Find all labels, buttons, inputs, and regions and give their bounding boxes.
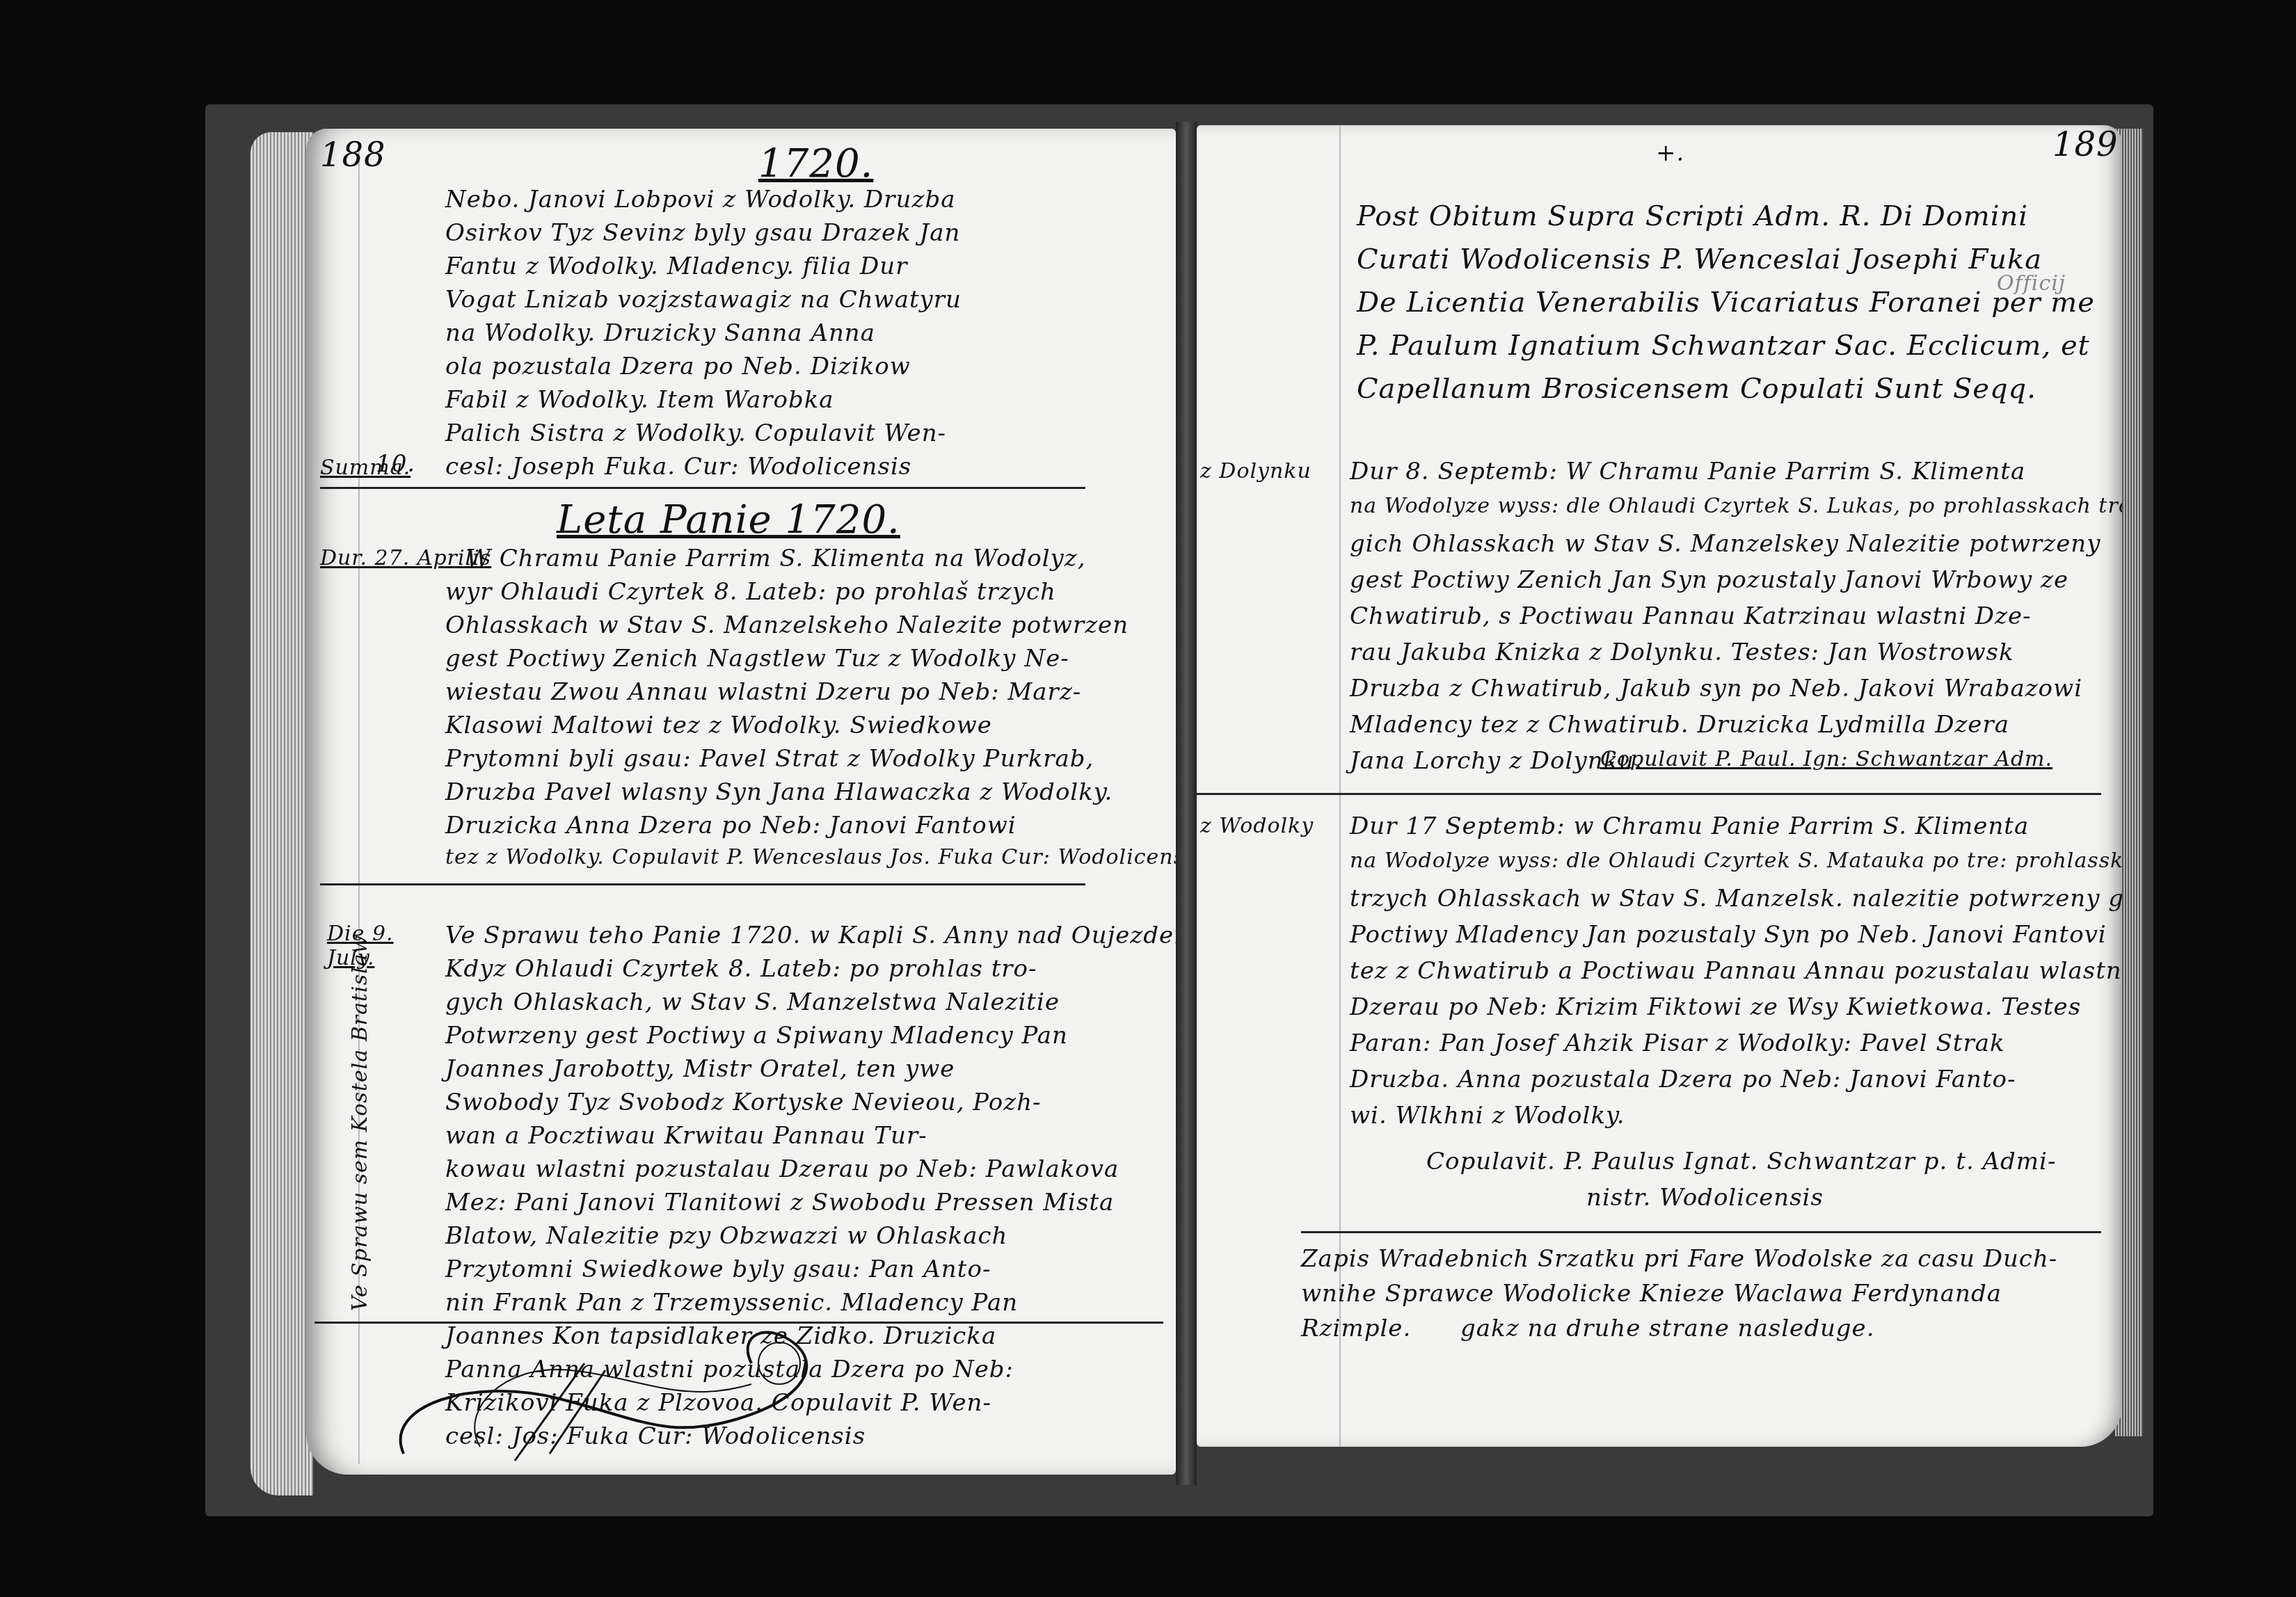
text-line: Mez: Pani Janovi Tlanitowi z Swobodu Pre… [445,1189,1114,1217]
text-line: Ohlasskach w Stav S. Manzelskeho Nalezit… [445,611,1129,639]
right-page: 189 +. Post Obitum Supra Scripti Adm. R.… [1197,125,2122,1447]
section-heading: Leta Panie 1720. [557,497,900,543]
text-line: na Wodolyze wyss: dle Ohlaudi Czyrtek S.… [1350,849,2122,873]
text-line: Fabil z Wodolky. Item Warobka [445,386,834,414]
page-number: 189 [2052,125,2119,164]
text-line: W Chramu Panie Parrim S. Klimenta na Wod… [466,545,1085,572]
left-page: 188 1720. Nebo. Janovi Lobpovi z Wodolky… [306,129,1176,1475]
text-line: Mladency tez z Chwatirub. Druzicka Lydmi… [1350,711,2009,739]
divider [1301,1231,2101,1233]
text-line: Kdyz Ohlaudi Czyrtek 8. Lateb: po prohla… [445,955,1037,983]
text-line: Curati Wodolicensis P. Wenceslai Josephi… [1357,243,2042,275]
text-line: Potwrzeny gest Poctiwy a Spiwany Mladenc… [445,1022,1068,1050]
text-line: Fantu z Wodolky. Mladency. filia Dur [445,252,907,280]
text-line: Druzicka Anna Dzera po Neb: Janovi Fanto… [445,812,1017,840]
text-line: cesl: Joseph Fuka. Cur: Wodolicensis [445,453,911,481]
entry-place: z Wodolky [1200,814,1314,838]
text-line: Druzba. Anna pozustala Dzera po Neb: Jan… [1350,1066,2016,1093]
text-line: De Licentia Venerabilis Vicariatus Foran… [1357,287,2095,319]
text-line: Palich Sistra z Wodolky. Copulavit Wen- [445,419,946,447]
text-line: Osirkov Tyz Sevinz byly gsau Drazek Jan [445,219,960,247]
text-line: Ve Sprawu teho Panie 1720. w Kapli S. An… [445,922,1176,949]
text-line: na Wodolyze wyss: dle Ohlaudi Czyrtek S.… [1350,494,2122,518]
text-line: Swobody Tyz Svobodz Kortyske Nevieou, Po… [445,1089,1042,1116]
text-line: Rzimple. gakz na druhe strane nasleduge. [1301,1315,1875,1342]
text-line: P. Paulum Ignatium Schwantzar Sac. Eccli… [1357,330,2090,362]
entry-place: z Dolynku [1200,459,1312,483]
signature: Copulavit. P. Paulus Ignat. Schwantzar p… [1426,1148,2056,1175]
text-line: wnihe Sprawce Wodolicke Knieze Waclawa F… [1301,1280,2002,1308]
book-gutter [1176,122,1197,1485]
text-line: gest Poctiwy Zenich Nagstlew Tuz z Wodol… [445,645,1069,673]
text-line: Joannes Jarobotty, Mistr Oratel, ten ywe [445,1055,955,1083]
text-line: Dzerau po Neb: Krizim Fiktowi ze Wsy Kwi… [1350,993,2081,1021]
page-number: 188 [320,136,386,175]
book-edge-left [250,132,313,1495]
text-line: Przytomni Swiedkowe byly gsau: Pan Anto- [445,1255,991,1283]
signature: nistr. Wodolicensis [1586,1184,1824,1212]
text-line: Paran: Pan Josef Ahzik Pisar z Wodolky: … [1350,1029,2005,1057]
year-heading: 1720. [758,141,873,186]
text-line: ola pozustala Dzera po Neb. Dizikow [445,353,911,380]
text-line: Chwatirub, s Poctiwau Pannau Katrzinau w… [1350,602,2032,630]
text-line: Capellanum Brosicensem Copulati Sunt Seq… [1357,373,2036,405]
text-line: Dur 8. Septemb: W Chramu Panie Parrim S.… [1350,458,2025,485]
text-line: Druzba Pavel wlasny Syn Jana Hlawaczka z… [445,778,1113,806]
text-line: Jana Lorchy z Dolynku. [1350,747,1643,775]
text-line: wan a Pocztiwau Krwitau Pannau Tur- [445,1122,927,1150]
signature: Copulavit P. Paul. Ign: Schwantzar Adm. [1600,747,2052,771]
text-line: Nebo. Janovi Lobpovi z Wodolky. Druzba [445,186,955,214]
text-line: rau Jakuba Knizka z Dolynku. Testes: Jan… [1350,639,2014,666]
text-line: wiestau Zwou Annau wlastni Dzeru po Neb:… [445,678,1081,706]
text-line: Prytomni byli gsau: Pavel Strat z Wodolk… [445,745,1094,773]
side-margin-note: Ve Sprawu sem Kostela Bratislaw [348,935,372,1311]
text-line: na Wodolky. Druzicky Sanna Anna [445,319,875,347]
text-line: Poctiwy Mladency Jan pozustaly Syn po Ne… [1350,921,2107,949]
text-line: Dur 17 Septemb: w Chramu Panie Parrim S.… [1350,812,2029,840]
text-line: gich Ohlasskach w Stav S. Manzelskey Nal… [1350,530,2100,558]
divider [320,487,1085,489]
text-line: Zapis Wradebnich Srzatku pri Fare Wodols… [1301,1245,2057,1273]
divider [1197,793,2101,795]
text-line: gych Ohlaskach, w Stav S. Manzelstwa Nal… [445,988,1060,1016]
entry-date: Die 9. July. [327,922,424,970]
text-line: Klasowi Maltowi tez z Wodolky. Swiedkowe [445,712,992,739]
top-mark: +. [1656,139,1684,167]
text-line: Vogat Lnizab vozjzstawagiz na Chwatyru [445,286,962,314]
text-line: Post Obitum Supra Scripti Adm. R. Di Dom… [1357,200,2028,232]
divider [320,883,1085,885]
text-line: Blatow, Nalezitie pzy Obzwazzi w Ohlaska… [445,1222,1007,1250]
text-line: wi. Wlkhni z Wodolky. [1350,1102,1625,1130]
text-line: tez z Chwatirub a Poctiwau Pannau Annau … [1350,957,2122,985]
text-line: Druzba z Chwatirub, Jakub syn po Neb. Ja… [1350,675,2082,703]
text-line: tez z Wodolky. Copulavit P. Wenceslaus J… [445,845,1176,869]
text-line: trzych Ohlasskach w Stav S. Manzelsk. na… [1350,885,2122,913]
text-line: nin Frank Pan z Trzemyssenic. Mladency P… [445,1289,1018,1317]
margin-annotation: Officij [1997,271,2066,296]
text-line: kowau wlastni pozustalau Dzerau po Neb: … [445,1155,1119,1183]
text-line: gest Poctiwy Zenich Jan Syn pozustaly Ja… [1350,566,2068,594]
summa-value: 10. [376,450,415,478]
flourish-ornament [376,1322,932,1502]
text-line: wyr Ohlaudi Czyrtek 8. Lateb: po prohlaš… [445,578,1056,606]
